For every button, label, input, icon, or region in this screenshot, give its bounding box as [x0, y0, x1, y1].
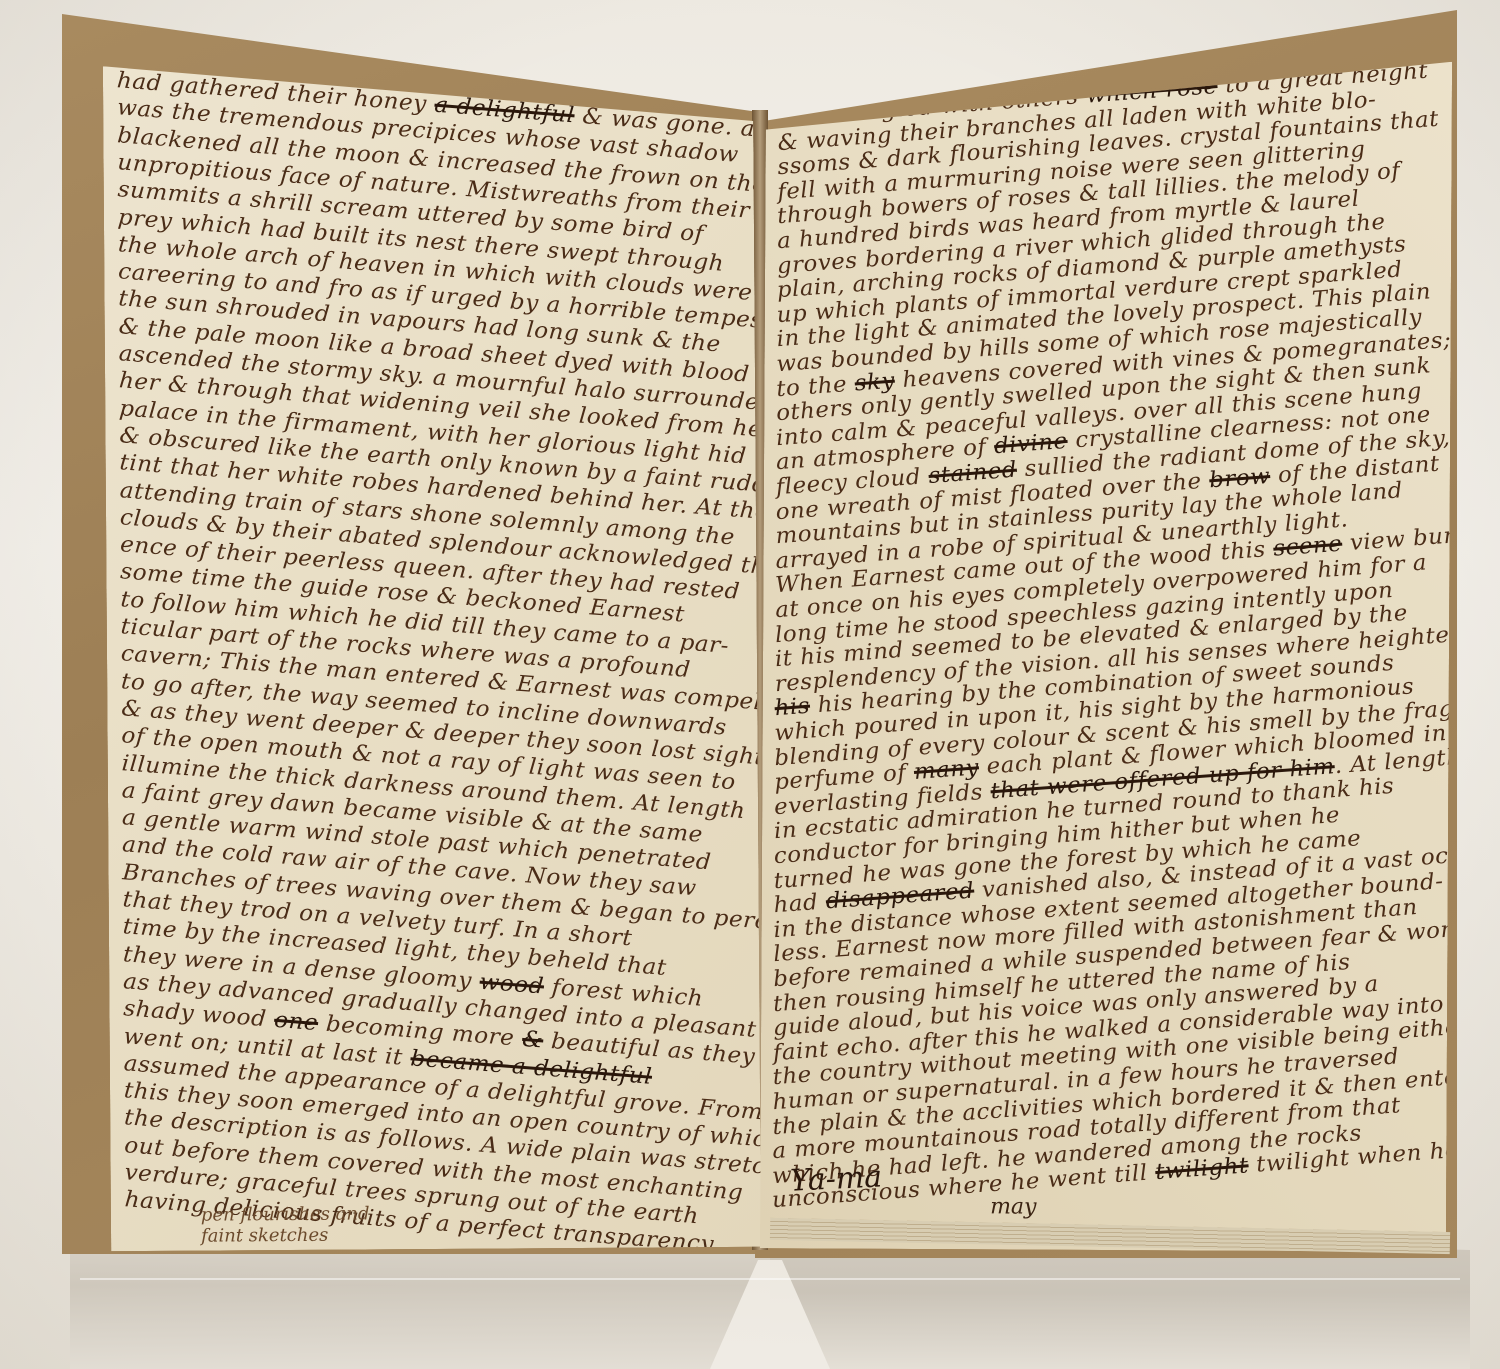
bottom-doodle: pen flourishes and faint sketches [201, 1203, 401, 1244]
left-manuscript-page: had gathered their honey a delightful & … [103, 62, 761, 1252]
struck-text: one [273, 1008, 319, 1036]
struck-text: wood [479, 969, 545, 999]
struck-text: twilight [1154, 1154, 1249, 1186]
catchword: may [990, 1194, 1037, 1219]
signature-mark: Ya-ma [789, 1159, 882, 1198]
right-manuscript-page: intermingled with others which rose to a… [760, 58, 1452, 1252]
struck-text: & [521, 1027, 544, 1054]
struck-text: his [774, 694, 811, 722]
stand-top-edge [80, 1278, 1460, 1280]
